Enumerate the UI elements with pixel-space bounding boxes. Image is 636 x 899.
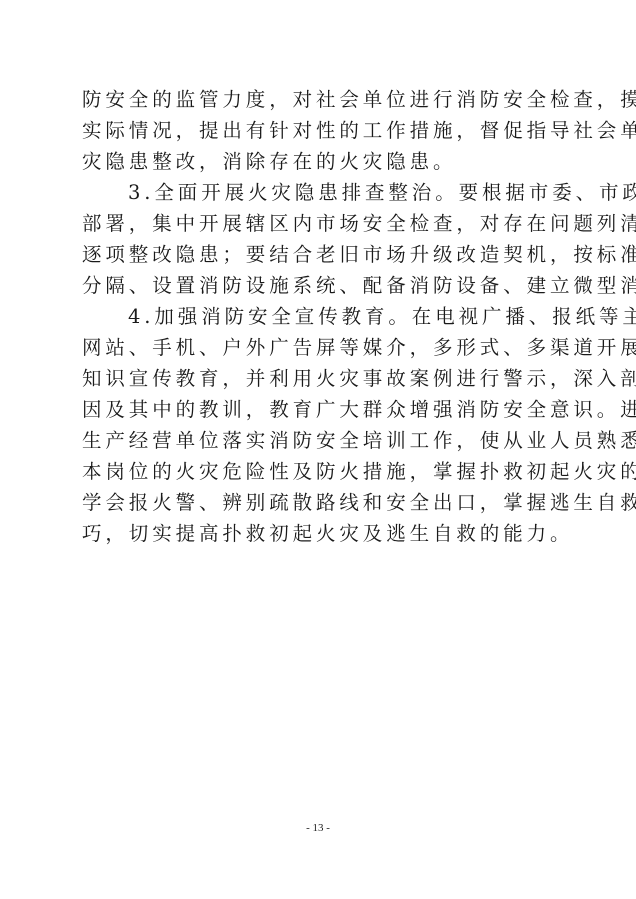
- paragraph-item-4: 4.加强消防安全宣传教育。在电视广播、报纸等主流媒体和 网站、手机、户外广告屏等…: [82, 301, 556, 549]
- page-number: - 13 -: [0, 822, 636, 834]
- text-line: 部署，集中开展辖区内市场安全检查，对存在问题列清单、逐步: [82, 208, 556, 239]
- text-line: 生产经营单位落实消防安全培训工作，使从业人员熟悉本单位、: [82, 425, 556, 456]
- paragraph-item-3: 3.全面开展火灾隐患排查整治。要根据市委、市政府的统一 部署，集中开展辖区内市场…: [82, 177, 556, 301]
- text-line: 知识宣传教育，并利用火灾事故案例进行警示，深入剖析事故原: [82, 363, 556, 394]
- document-body: 防安全的监管力度，对社会单位进行消防安全检查，摸清底数和 实际情况，提出有针对性…: [82, 84, 556, 549]
- paragraph-continuation: 防安全的监管力度，对社会单位进行消防安全检查，摸清底数和 实际情况，提出有针对性…: [82, 84, 556, 177]
- text-line: 3.全面开展火灾隐患排查整治。要根据市委、市政府的统一: [82, 177, 556, 208]
- text-line: 防安全的监管力度，对社会单位进行消防安全检查，摸清底数和: [82, 84, 556, 115]
- text-line: 本岗位的火灾危险性及防火措施，掌握扑救初起火灾的基本技能，: [82, 456, 556, 487]
- text-line: 巧，切实提高扑救初起火灾及逃生自救的能力。: [82, 518, 556, 549]
- text-line: 实际情况，提出有针对性的工作措施，督促指导社会单位开展火: [82, 115, 556, 146]
- text-line: 网站、手机、户外广告屏等媒介，多形式、多渠道开展消防安全: [82, 332, 556, 363]
- text-line: 灾隐患整改，消除存在的火灾隐患。: [82, 146, 556, 177]
- text-line: 因及其中的教训，教育广大群众增强消防安全意识。进一步督促: [82, 394, 556, 425]
- text-line: 4.加强消防安全宣传教育。在电视广播、报纸等主流媒体和: [82, 301, 556, 332]
- text-line: 逐项整改隐患；要结合老旧市场升级改造契机，按标准落实防火: [82, 239, 556, 270]
- document-page: 防安全的监管力度，对社会单位进行消防安全检查，摸清底数和 实际情况，提出有针对性…: [0, 0, 636, 899]
- text-line: 学会报火警、辨别疏散路线和安全出口，掌握逃生自救的基本技: [82, 487, 556, 518]
- text-line: 分隔、设置消防设施系统、配备消防设备、建立微型消防站。: [82, 270, 556, 301]
